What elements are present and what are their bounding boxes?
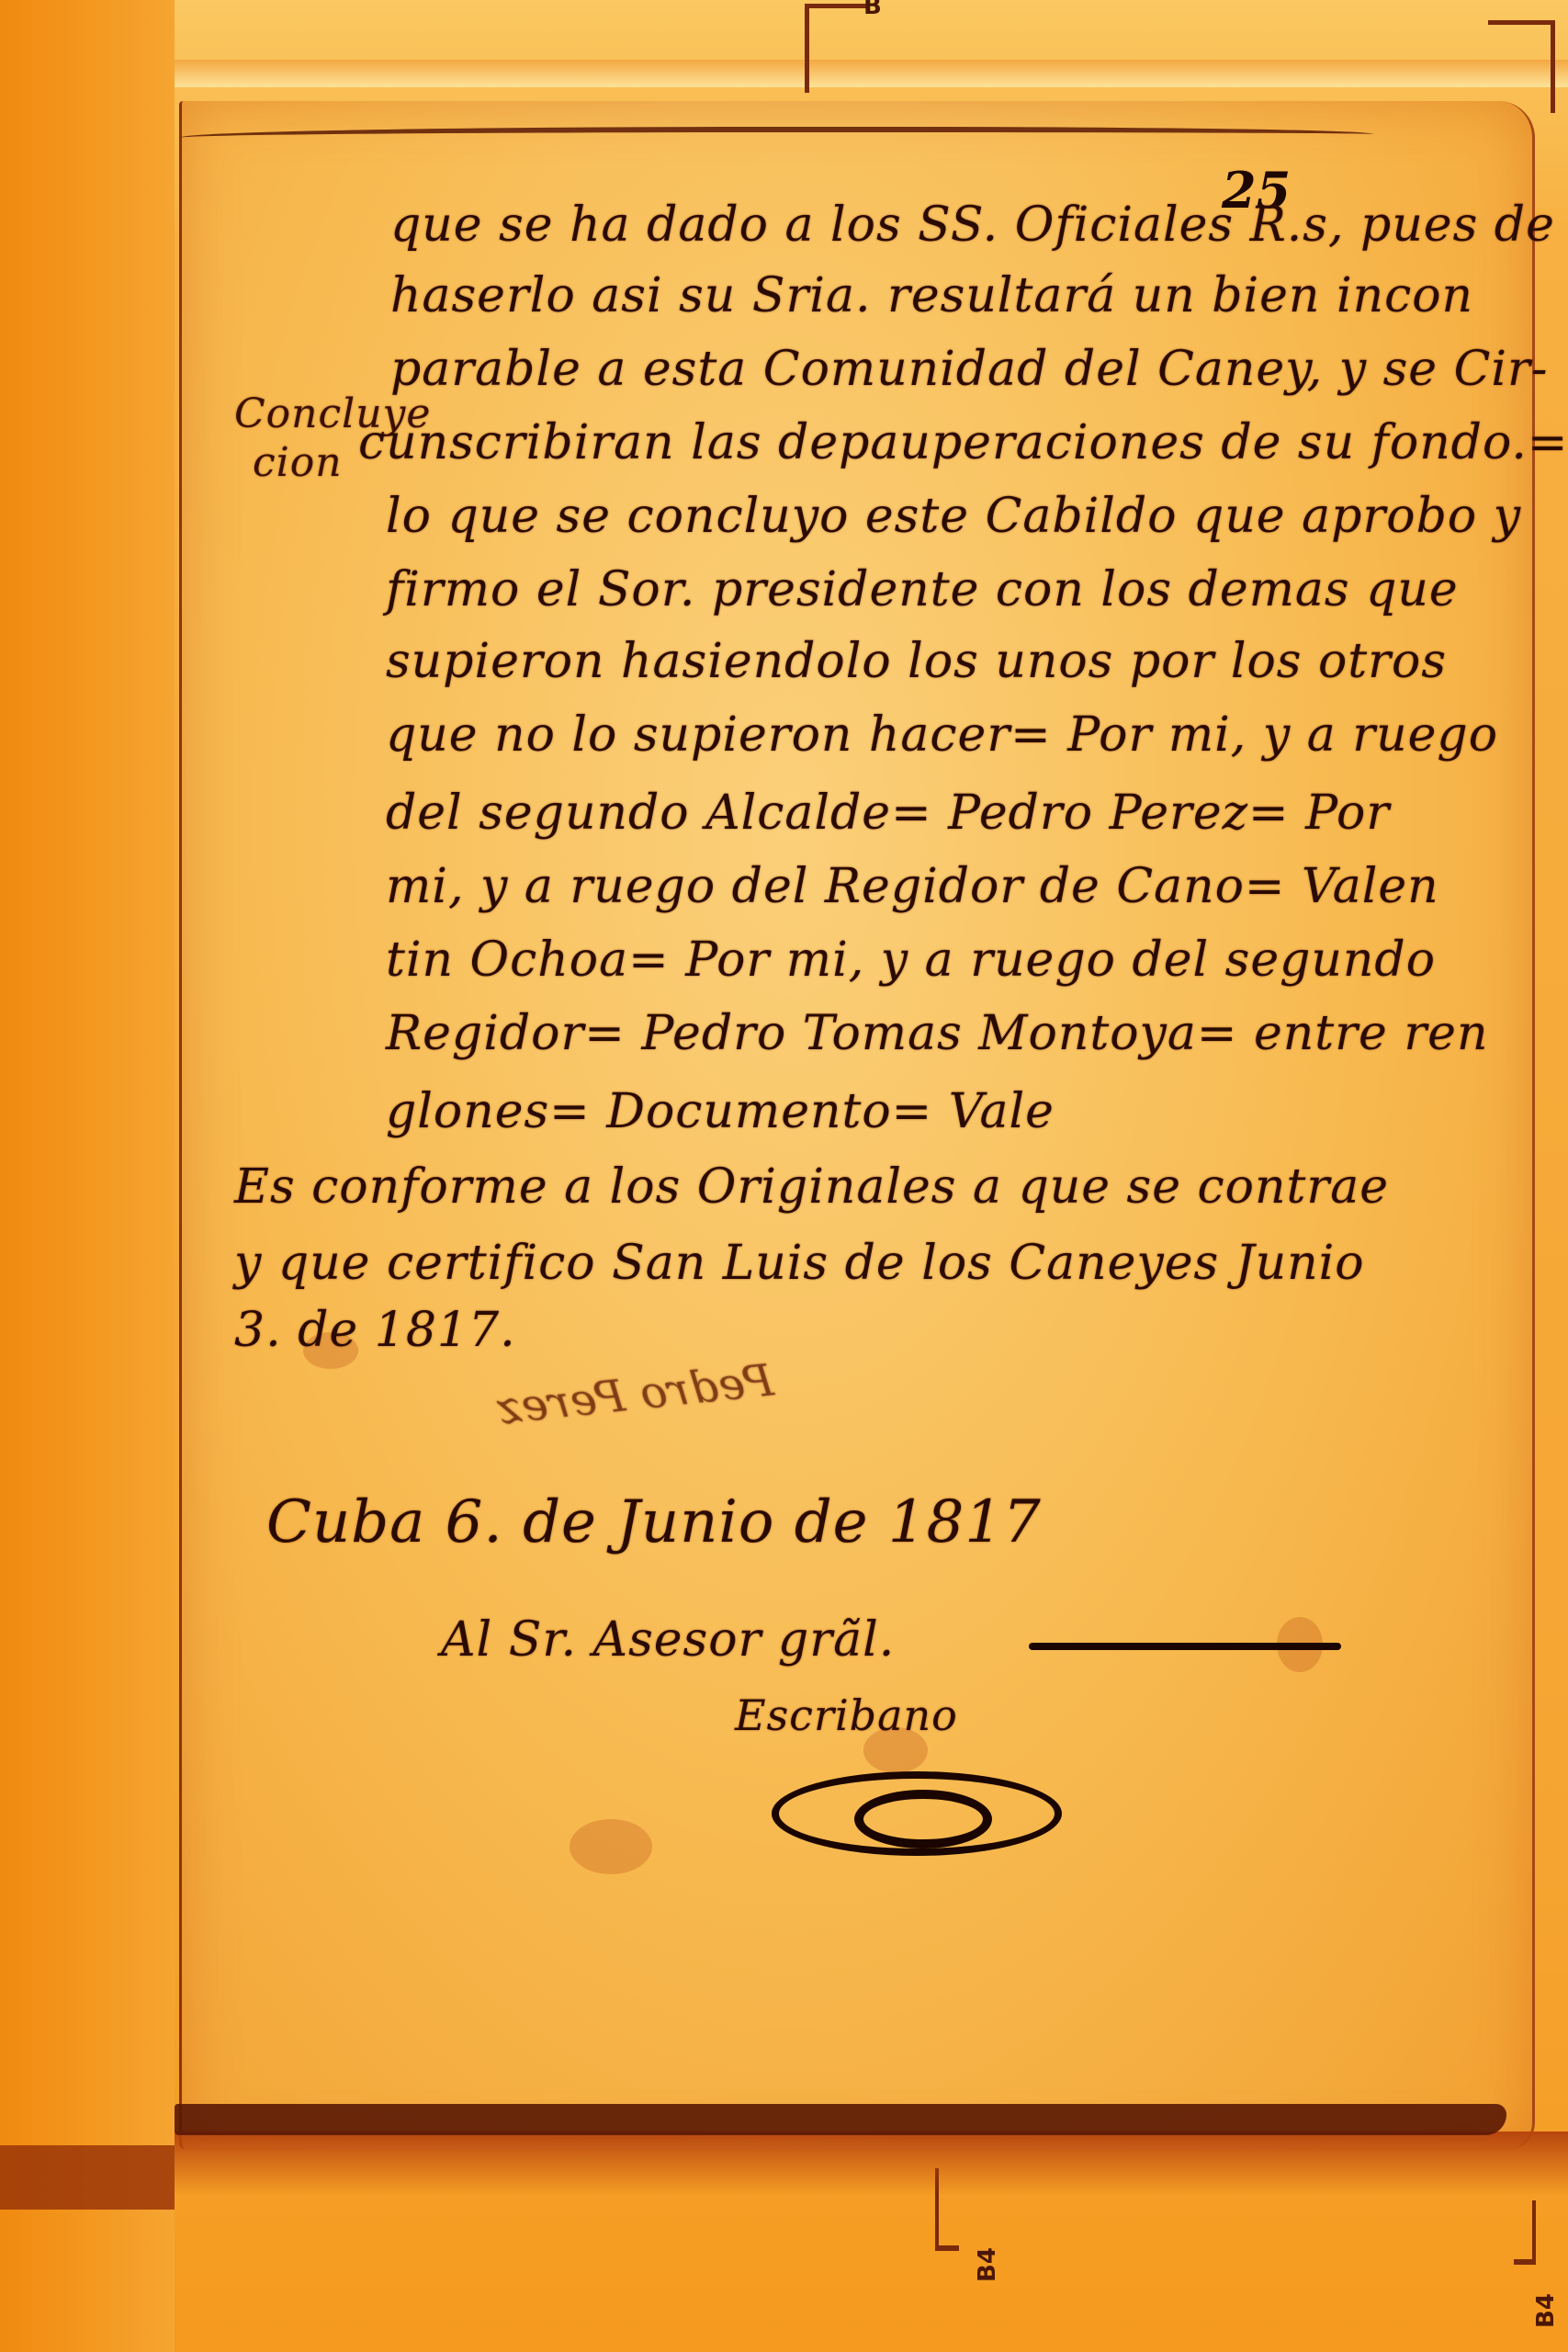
certification-line: Es conforme a los Originales a que se co… xyxy=(234,1159,1389,1215)
bottom-mark-label-right: B4 xyxy=(1532,2293,1560,2328)
closing-addressee: Al Sr. Asesor grãl. xyxy=(441,1612,895,1668)
body-line: que no lo supieron hacer= Por mi, y a ru… xyxy=(386,707,1498,763)
body-line: mi, y a ruego del Regidor de Cano= Valen xyxy=(386,859,1439,914)
signature-title: Escribano xyxy=(735,1690,958,1740)
stain xyxy=(570,1819,652,1874)
body-line: haserlo asi su Sria. resultará un bien i… xyxy=(390,268,1473,323)
left-strip-shadow xyxy=(0,2145,175,2210)
body-line: que se ha dado a los SS. Oficiales R.s, … xyxy=(390,198,1555,253)
crop-mark-bottom-right xyxy=(1514,2200,1536,2265)
closing-place-date: Cuba 6. de Junio de 1817 xyxy=(266,1488,1042,1556)
page-top-edge xyxy=(179,127,1373,147)
page-bottom-shadow xyxy=(175,2131,1568,2196)
signature-rule xyxy=(1029,1643,1341,1650)
top-mark-label: B xyxy=(863,0,882,20)
body-line: cunscribiran las depauperaciones de su f… xyxy=(358,415,1568,470)
crop-mark-top-left xyxy=(805,4,868,93)
margin-note-line-2: cion xyxy=(253,439,343,486)
body-line: supieron hasiendolo los unos por los otr… xyxy=(386,634,1447,689)
body-line: glones= Documento= Vale xyxy=(386,1084,1055,1139)
page-bottom-edge xyxy=(175,2104,1506,2135)
body-line: Regidor= Pedro Tomas Montoya= entre ren xyxy=(386,1006,1488,1061)
body-line: parable a esta Comunidad del Caney, y se… xyxy=(390,342,1548,397)
crop-mark-top-right xyxy=(1488,20,1555,113)
left-backing-strip xyxy=(0,0,175,2352)
body-line: tin Ochoa= Por mi, y a ruego del segundo xyxy=(386,933,1436,988)
body-line: firmo el Sor. presidente con los demas q… xyxy=(386,562,1459,617)
certification-line: 3. de 1817. xyxy=(234,1303,516,1358)
body-line: del segundo Alcalde= Pedro Perez= Por xyxy=(386,786,1390,841)
signature-rubric-inner-icon xyxy=(854,1790,992,1849)
body-line: lo que se concluyo este Cabildo que apro… xyxy=(386,489,1521,544)
bottom-mark-label-left: B4 xyxy=(974,2247,1001,2282)
top-fold-band xyxy=(175,60,1568,87)
certification-line: y que certifico San Luis de los Caneyes … xyxy=(234,1236,1365,1291)
